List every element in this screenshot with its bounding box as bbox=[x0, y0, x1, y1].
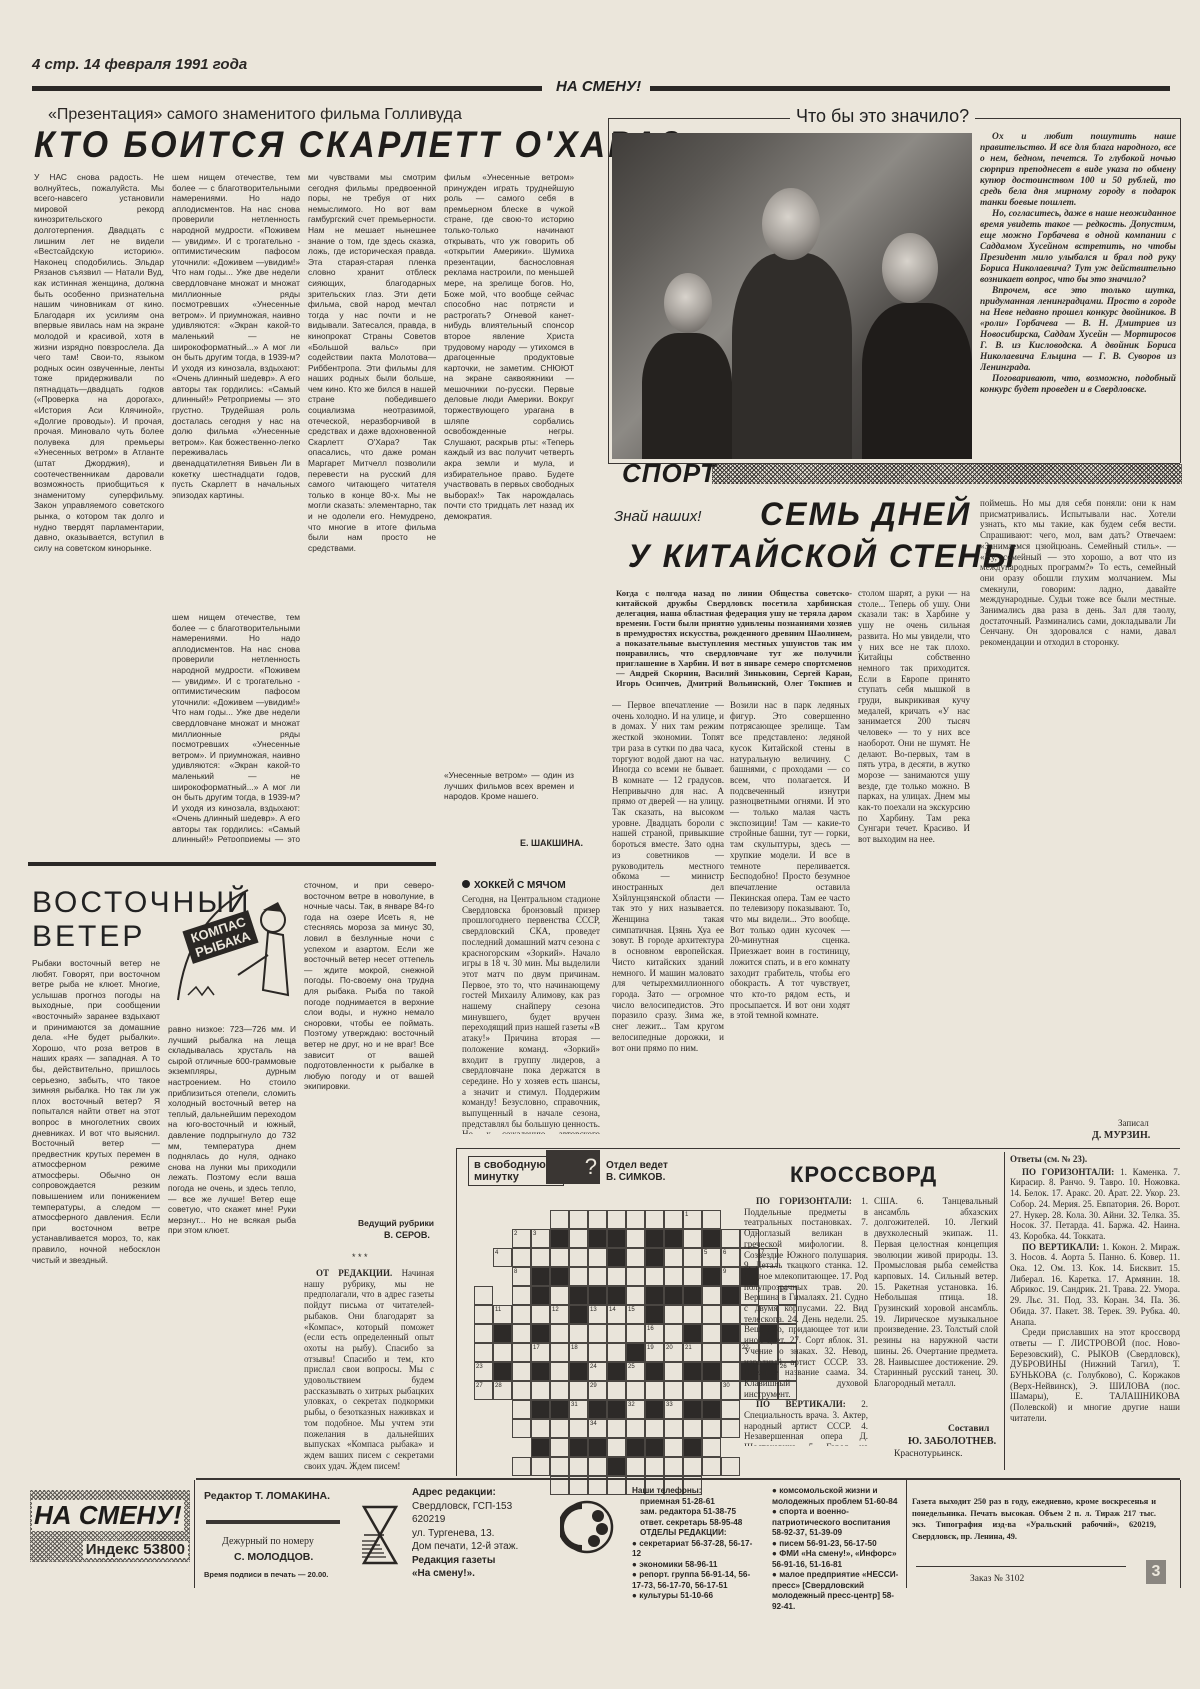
crossword-block bbox=[474, 1210, 493, 1229]
crossword-block bbox=[493, 1419, 512, 1438]
crossword-cell[interactable] bbox=[626, 1286, 645, 1305]
crossword-cell[interactable] bbox=[721, 1362, 740, 1381]
down-label: ПО ВЕРТИКАЛИ: bbox=[756, 1399, 846, 1409]
crossword-cell[interactable]: 28 bbox=[493, 1381, 512, 1400]
crossword-block bbox=[550, 1400, 569, 1419]
crossword-cell[interactable] bbox=[569, 1267, 588, 1286]
crossword-cell[interactable] bbox=[683, 1267, 702, 1286]
sport-headline-1: СЕМЬ ДНЕЙ bbox=[760, 496, 971, 533]
crossword-cell[interactable] bbox=[493, 1343, 512, 1362]
crossword-cell[interactable] bbox=[474, 1305, 493, 1324]
crossword-block bbox=[645, 1438, 664, 1457]
crossword-block bbox=[645, 1248, 664, 1267]
crossword-cell[interactable] bbox=[626, 1229, 645, 1248]
crossword-cell[interactable] bbox=[626, 1457, 645, 1476]
editor-rule bbox=[206, 1520, 340, 1524]
fishing-headline-2: ВЕТЕР bbox=[32, 920, 145, 954]
crossword-cell[interactable] bbox=[607, 1267, 626, 1286]
question-icon: ? bbox=[546, 1150, 600, 1184]
crossword-across-cont: США. 6. Танцевальный ансамбль абхазских … bbox=[874, 1196, 998, 1416]
crossword-cell[interactable] bbox=[645, 1210, 664, 1229]
crossword-block bbox=[550, 1229, 569, 1248]
crossword-cell[interactable] bbox=[550, 1438, 569, 1457]
crossword-cell[interactable]: 24 bbox=[588, 1362, 607, 1381]
crossword-cell[interactable] bbox=[512, 1362, 531, 1381]
duty-label: Дежурный по номеру bbox=[222, 1536, 314, 1547]
person-right-body bbox=[862, 303, 972, 459]
crossword-cell[interactable] bbox=[626, 1324, 645, 1343]
fishing-col-2: равно низкое: 723—726 мм. И лучший рыбал… bbox=[168, 1024, 296, 1478]
crossword-cell[interactable] bbox=[664, 1362, 683, 1381]
crossword-cell[interactable] bbox=[588, 1324, 607, 1343]
crossword-block bbox=[721, 1286, 740, 1305]
circle-logo bbox=[560, 1500, 614, 1554]
crossword-cell[interactable] bbox=[550, 1457, 569, 1476]
photo-caption-text: Ох и любит пошутить наше правительство. … bbox=[980, 132, 1176, 460]
crossword-cell[interactable] bbox=[474, 1324, 493, 1343]
crossword-cell[interactable] bbox=[664, 1438, 683, 1457]
crossword-cell[interactable] bbox=[512, 1343, 531, 1362]
crossword-cell[interactable] bbox=[607, 1324, 626, 1343]
news-photo bbox=[612, 133, 972, 459]
crossword-block bbox=[474, 1457, 493, 1476]
crossword-block bbox=[721, 1438, 740, 1457]
crossword-block bbox=[626, 1343, 645, 1362]
address-block: Адрес редакции: Свердловск, ГСП-153 6202… bbox=[412, 1486, 518, 1581]
crossword-cell[interactable] bbox=[550, 1210, 569, 1229]
sport-lead: Когда с полгода назад по линии Общества … bbox=[616, 588, 852, 688]
crossword-block bbox=[493, 1267, 512, 1286]
crossword-block bbox=[607, 1457, 626, 1476]
composer-label: Составил bbox=[948, 1424, 989, 1434]
crossword-cell[interactable]: 25 bbox=[626, 1362, 645, 1381]
crossword-cell[interactable] bbox=[474, 1343, 493, 1362]
crossword-cell[interactable] bbox=[664, 1419, 683, 1438]
sign-time: Время подписи в печать — 20.00. bbox=[204, 1570, 328, 1579]
crossword-block bbox=[531, 1286, 550, 1305]
crossword-block bbox=[512, 1438, 531, 1457]
composer-name: Ю. ЗАБОЛОТНЕВ. bbox=[908, 1436, 996, 1447]
crossword-block bbox=[531, 1400, 550, 1419]
crossword-cell[interactable] bbox=[512, 1286, 531, 1305]
crossword-block bbox=[683, 1324, 702, 1343]
crossword-block bbox=[664, 1286, 683, 1305]
footer-divider-1 bbox=[194, 1480, 195, 1588]
article-headline: КТО БОИТСЯ СКАРЛЕТТ О'ХАРА? bbox=[34, 124, 683, 167]
sport-byline: Д. МУРЗИН. bbox=[1092, 1130, 1150, 1141]
crossword-cell[interactable]: 21 bbox=[683, 1343, 702, 1362]
crossword-cell[interactable]: 2 bbox=[512, 1229, 531, 1248]
crossword-block bbox=[493, 1400, 512, 1419]
sport-headline-2: У КИТАЙСКОЙ СТЕНЫ bbox=[628, 538, 1017, 575]
crossword-cell[interactable] bbox=[645, 1267, 664, 1286]
crossword-block bbox=[474, 1267, 493, 1286]
crossword-block bbox=[588, 1286, 607, 1305]
crossword-cell[interactable] bbox=[588, 1267, 607, 1286]
crossword-cell[interactable] bbox=[512, 1324, 531, 1343]
crossword-block bbox=[702, 1229, 721, 1248]
photo-frame-left bbox=[608, 118, 609, 463]
crossword-block bbox=[569, 1362, 588, 1381]
crossword-block bbox=[474, 1438, 493, 1457]
crossword-block bbox=[531, 1438, 550, 1457]
crossword-frame-top bbox=[456, 1148, 1180, 1149]
crossword-block bbox=[683, 1362, 702, 1381]
answers-winners: Среди приславших на этот кроссворд ответ… bbox=[1010, 1327, 1180, 1423]
crossword-cell[interactable] bbox=[550, 1343, 569, 1362]
crossword-cell[interactable] bbox=[569, 1457, 588, 1476]
crossword-cell[interactable] bbox=[512, 1305, 531, 1324]
crossword-block bbox=[512, 1210, 531, 1229]
crossword-cell[interactable] bbox=[550, 1286, 569, 1305]
crossword-cell[interactable] bbox=[702, 1343, 721, 1362]
crossword-cell[interactable] bbox=[626, 1267, 645, 1286]
crossword-cell[interactable] bbox=[626, 1419, 645, 1438]
subscription-index: Индекс 53800 bbox=[83, 1541, 188, 1558]
crossword-cell[interactable]: 34 bbox=[588, 1419, 607, 1438]
sport-col-3: столом шарят, а руки — на столе... Тепер… bbox=[858, 588, 970, 1108]
crossword-block bbox=[493, 1286, 512, 1305]
crossword-block bbox=[645, 1400, 664, 1419]
crossword-cell[interactable] bbox=[683, 1229, 702, 1248]
crossword-title: КРОССВОРД bbox=[790, 1162, 937, 1188]
crossword-cell[interactable]: 13 bbox=[588, 1305, 607, 1324]
crossword-block bbox=[588, 1438, 607, 1457]
fishing-byline: В. СЕРОВ. bbox=[384, 1230, 430, 1240]
crossword-cell[interactable] bbox=[664, 1381, 683, 1400]
crossword-cell[interactable] bbox=[683, 1457, 702, 1476]
departments-block: ● комсомольской жизни и молодежных пробл… bbox=[772, 1486, 902, 1612]
crossword-cell[interactable] bbox=[588, 1343, 607, 1362]
article-kicker: «Презентация» самого знаменитого фильма … bbox=[48, 106, 462, 124]
person-left-face bbox=[664, 273, 712, 333]
crossword-cell[interactable]: 4 bbox=[493, 1248, 512, 1267]
person-center-face bbox=[762, 188, 820, 260]
crossword-cell[interactable] bbox=[702, 1210, 721, 1229]
crossword-block bbox=[607, 1248, 626, 1267]
sport-col-1: — Первое впечатление — очень холодно. И … bbox=[612, 700, 724, 1110]
crossword-cell[interactable]: 1 bbox=[683, 1210, 702, 1229]
crossword-block bbox=[683, 1400, 702, 1419]
masthead-rule-right bbox=[650, 86, 1170, 91]
phones-block: Наши телефоны: приемная 51-28-61 зам. ре… bbox=[632, 1486, 758, 1602]
crossword-cell[interactable]: 15 bbox=[626, 1305, 645, 1324]
masthead-rule-left bbox=[32, 86, 542, 91]
sport-col-4: поймешь. Но мы для себя поняли: они к на… bbox=[980, 498, 1176, 1088]
scarlett-col-1: У НАС снова радость. Не волнуйтесь, пожа… bbox=[34, 172, 164, 852]
crossword-block bbox=[588, 1400, 607, 1419]
crossword-cell[interactable] bbox=[626, 1381, 645, 1400]
scarlett-byline: Е. ШАКШИНА. bbox=[520, 838, 583, 848]
crossword-cell[interactable]: 16 bbox=[645, 1324, 664, 1343]
footer-logo: НА СМЕНУ! bbox=[32, 1500, 184, 1531]
sport-section-label: СПОРТ bbox=[622, 458, 717, 489]
separator-stars: * * * bbox=[352, 1252, 368, 1262]
crossword-cell[interactable] bbox=[645, 1457, 664, 1476]
ball-icon bbox=[462, 880, 470, 888]
crossword-cell[interactable]: 17 bbox=[531, 1343, 550, 1362]
crossword-cell[interactable] bbox=[702, 1324, 721, 1343]
crossword-block bbox=[778, 1457, 797, 1476]
crossword-block bbox=[607, 1286, 626, 1305]
crossword-cell[interactable] bbox=[664, 1305, 683, 1324]
footer-logo-block: НА СМЕНУ! Индекс 53800 bbox=[30, 1490, 190, 1562]
crossword-cell[interactable] bbox=[645, 1381, 664, 1400]
editorial-label: ОТ РЕДАКЦИИ. bbox=[316, 1268, 392, 1278]
person-right-face bbox=[882, 233, 938, 303]
crossword-block bbox=[474, 1248, 493, 1267]
fishing-top-rule bbox=[28, 862, 436, 866]
crossword-block bbox=[569, 1438, 588, 1457]
person-center-body bbox=[732, 253, 852, 459]
crossword-block bbox=[493, 1229, 512, 1248]
crossword-frame-left bbox=[456, 1148, 457, 1476]
crossword-cell[interactable] bbox=[702, 1419, 721, 1438]
hockey-section-label: ХОККЕЙ С МЯЧОМ bbox=[462, 880, 566, 891]
crossword-cell[interactable] bbox=[512, 1248, 531, 1267]
crossword-cell[interactable] bbox=[550, 1419, 569, 1438]
across-label: ПО ГОРИЗОНТАЛИ: bbox=[756, 1196, 852, 1206]
crossword-block bbox=[721, 1324, 740, 1343]
hockey-text: Сегодня, на Центральном стадионе Свердло… bbox=[462, 894, 600, 1134]
crossword-cell[interactable]: 30 bbox=[721, 1381, 740, 1400]
crossword-block bbox=[607, 1362, 626, 1381]
crossword-block bbox=[569, 1286, 588, 1305]
crossword-cell[interactable] bbox=[607, 1343, 626, 1362]
crossword-cell[interactable] bbox=[721, 1400, 740, 1419]
fishing-col-3: сточном, и при северо-восточном ветре в … bbox=[304, 880, 434, 1210]
crossword-cell[interactable] bbox=[569, 1381, 588, 1400]
crossword-cell[interactable] bbox=[626, 1248, 645, 1267]
crossword-cell[interactable] bbox=[645, 1419, 664, 1438]
photo-section-title: Что бы это значило? bbox=[790, 106, 975, 127]
crossword-block bbox=[702, 1400, 721, 1419]
crossword-cell[interactable] bbox=[531, 1419, 550, 1438]
scarlett-col-2: шем нищем отечестве, тем более — с благо… bbox=[172, 172, 300, 602]
crossword-block bbox=[531, 1267, 550, 1286]
crossword-block bbox=[493, 1438, 512, 1457]
crossword-block bbox=[683, 1286, 702, 1305]
crossword-block bbox=[474, 1400, 493, 1419]
crossword-cell[interactable]: 33 bbox=[664, 1400, 683, 1419]
crossword-cell[interactable] bbox=[721, 1457, 740, 1476]
answers-block: Ответы (см. № 23). ПО ГОРИЗОНТАЛИ: 1. Ка… bbox=[1010, 1154, 1180, 1472]
crossword-cell[interactable] bbox=[683, 1305, 702, 1324]
footer-divider-2 bbox=[906, 1480, 907, 1588]
crossword-cell[interactable] bbox=[664, 1457, 683, 1476]
composer-city: Краснотурьинск. bbox=[894, 1449, 962, 1459]
editor-label: Отдел ведет bbox=[606, 1160, 668, 1172]
crossword-cell[interactable]: 31 bbox=[569, 1400, 588, 1419]
crossword-cell[interactable] bbox=[569, 1324, 588, 1343]
page-badge: 3 bbox=[1146, 1560, 1166, 1584]
crossword-cell[interactable]: 19 bbox=[645, 1343, 664, 1362]
crossword-cell[interactable]: 32 bbox=[626, 1400, 645, 1419]
crossword-block bbox=[721, 1210, 740, 1229]
crossword-block bbox=[474, 1229, 493, 1248]
crossword-cell[interactable] bbox=[664, 1248, 683, 1267]
order-rule bbox=[916, 1566, 1126, 1567]
sport-col-2: Возили нас в парк ледяных фигур. Это сов… bbox=[730, 700, 850, 1110]
crossword-cell[interactable]: 12 bbox=[550, 1305, 569, 1324]
crossword-block bbox=[493, 1362, 512, 1381]
crossword-cell[interactable] bbox=[607, 1419, 626, 1438]
crossword-block bbox=[493, 1324, 512, 1343]
crossword-cell[interactable] bbox=[702, 1457, 721, 1476]
crossword-cell[interactable]: 6 bbox=[721, 1248, 740, 1267]
crossword-block bbox=[626, 1438, 645, 1457]
crossword-cell[interactable]: 3 bbox=[531, 1229, 550, 1248]
address-label: Адрес редакции: bbox=[412, 1486, 518, 1500]
answers-divider bbox=[1004, 1152, 1005, 1470]
crossword-cell[interactable] bbox=[550, 1362, 569, 1381]
crossword-cell[interactable] bbox=[588, 1210, 607, 1229]
crossword-block bbox=[531, 1362, 550, 1381]
answers-title: Ответы (см. № 23). bbox=[1010, 1154, 1180, 1165]
crossword-cell[interactable]: 5 bbox=[702, 1248, 721, 1267]
crossword-cell[interactable] bbox=[531, 1248, 550, 1267]
crossword-cell[interactable] bbox=[607, 1438, 626, 1457]
crossword-across-clues: ПО ГОРИЗОНТАЛИ: 1. Поддельные предметы в… bbox=[744, 1196, 868, 1446]
crossword-cell[interactable] bbox=[702, 1305, 721, 1324]
crossword-block bbox=[664, 1229, 683, 1248]
crossword-cell[interactable] bbox=[664, 1324, 683, 1343]
crossword-cell[interactable]: 27 bbox=[474, 1381, 493, 1400]
crossword-block bbox=[550, 1267, 569, 1286]
footer-rule bbox=[196, 1478, 1180, 1480]
crossword-block bbox=[759, 1457, 778, 1476]
crossword-cell[interactable] bbox=[588, 1457, 607, 1476]
crossword-cell[interactable] bbox=[512, 1400, 531, 1419]
crossword-block bbox=[702, 1267, 721, 1286]
editor-name: В. СИМКОВ. bbox=[606, 1172, 668, 1184]
crossword-cell[interactable] bbox=[512, 1457, 531, 1476]
crossword-cell[interactable] bbox=[683, 1248, 702, 1267]
crossword-block bbox=[493, 1210, 512, 1229]
crossword-block bbox=[645, 1362, 664, 1381]
crossword-cell[interactable] bbox=[607, 1210, 626, 1229]
crossword-cell[interactable] bbox=[683, 1419, 702, 1438]
crossword-cell[interactable]: 20 bbox=[664, 1343, 683, 1362]
crossword-cell[interactable] bbox=[550, 1248, 569, 1267]
scarlett-col-4: фильм «Унесенные ветром» принужден играт… bbox=[444, 172, 574, 762]
crossword-block bbox=[683, 1438, 702, 1457]
crossword-cell[interactable] bbox=[550, 1324, 569, 1343]
crossword-block bbox=[531, 1210, 550, 1229]
crossword-cell[interactable] bbox=[664, 1267, 683, 1286]
crossword-block bbox=[740, 1457, 759, 1476]
crossword-cell[interactable] bbox=[531, 1381, 550, 1400]
paper-name: НА СМЕНУ! bbox=[556, 78, 641, 95]
crossword-cell[interactable]: 23 bbox=[474, 1362, 493, 1381]
crossword-block bbox=[645, 1229, 664, 1248]
order-number: Заказ № 3102 bbox=[970, 1574, 1024, 1584]
crossword-cell[interactable] bbox=[702, 1381, 721, 1400]
crossword-block bbox=[531, 1324, 550, 1343]
crossword-cell[interactable] bbox=[569, 1229, 588, 1248]
crossword-block bbox=[645, 1305, 664, 1324]
crossword-cell[interactable]: 9 bbox=[721, 1267, 740, 1286]
crossword-cell[interactable] bbox=[531, 1305, 550, 1324]
crossword-editor: Отдел ведет В. СИМКОВ. bbox=[606, 1160, 668, 1184]
footer-right-edge bbox=[1180, 1480, 1181, 1588]
crossword-cell[interactable]: 18 bbox=[569, 1343, 588, 1362]
scarlett-closing: «Унесенные ветром» — один из лучших филь… bbox=[444, 770, 574, 830]
editorial-note: ОТ РЕДАКЦИИ. Начиная нашу рубрику, мы не… bbox=[304, 1268, 434, 1478]
sport-kicker: Знай наших! bbox=[614, 508, 701, 525]
person-left-body bbox=[642, 333, 732, 459]
crossword-cell[interactable] bbox=[626, 1210, 645, 1229]
crossword-block bbox=[569, 1305, 588, 1324]
departments-label: ОТДЕЛЫ РЕДАКЦИИ: bbox=[632, 1528, 758, 1539]
crossword-block bbox=[493, 1457, 512, 1476]
crossword-block bbox=[607, 1400, 626, 1419]
editorial-text: Начиная нашу рубрику, мы не предполагали… bbox=[304, 1268, 434, 1471]
crossword-cell[interactable] bbox=[702, 1438, 721, 1457]
rubric-lead-label: Ведущий рубрики bbox=[358, 1218, 434, 1228]
crossword-cell[interactable]: 29 bbox=[588, 1381, 607, 1400]
crossword-cell[interactable] bbox=[721, 1343, 740, 1362]
crossword-cell[interactable] bbox=[474, 1286, 493, 1305]
crossword-cell[interactable] bbox=[531, 1457, 550, 1476]
hourglass-logo bbox=[360, 1505, 400, 1565]
crossword-block bbox=[645, 1286, 664, 1305]
crossword-block bbox=[588, 1229, 607, 1248]
crossword-cell[interactable] bbox=[721, 1305, 740, 1324]
crossword-cell[interactable] bbox=[721, 1229, 740, 1248]
crossword-cell[interactable] bbox=[607, 1381, 626, 1400]
sport-banner-pattern bbox=[712, 464, 1182, 484]
crossword-cell[interactable] bbox=[569, 1419, 588, 1438]
scarlett-col-2b: шем нищем отечестве, тем более — с благо… bbox=[172, 612, 300, 842]
crossword-cell[interactable] bbox=[512, 1419, 531, 1438]
phones-label: Наши телефоны: bbox=[632, 1486, 758, 1497]
crossword-cell[interactable]: 14 bbox=[607, 1305, 626, 1324]
scarlett-col-3: ми чувствами мы смотрим сегодня фильмы п… bbox=[308, 172, 436, 762]
sport-signoff-label: Записал bbox=[1118, 1118, 1149, 1128]
crossword-cell[interactable] bbox=[683, 1381, 702, 1400]
footer-editor: Редактор Т. ЛОМАКИНА. bbox=[204, 1490, 330, 1502]
fishing-col-1: Рыбаки восточный ветер не любят. Говорят… bbox=[32, 958, 160, 1478]
photo-frame-right bbox=[1180, 118, 1181, 463]
crossword-cell[interactable] bbox=[569, 1210, 588, 1229]
crossword-cell[interactable] bbox=[569, 1248, 588, 1267]
crossword-block bbox=[607, 1229, 626, 1248]
crossword-cell[interactable] bbox=[702, 1286, 721, 1305]
publication-info: Газета выходит 250 раз в году, ежедневно… bbox=[912, 1496, 1156, 1542]
crossword-block bbox=[702, 1362, 721, 1381]
crossword-cell[interactable] bbox=[664, 1210, 683, 1229]
crossword-cell[interactable]: 8 bbox=[512, 1267, 531, 1286]
duty-name: С. МОЛОДЦОВ. bbox=[234, 1551, 313, 1563]
crossword-cell[interactable] bbox=[721, 1419, 740, 1438]
crossword-cell[interactable] bbox=[512, 1381, 531, 1400]
page-info: 4 стр. 14 февраля 1991 года bbox=[32, 56, 247, 73]
crossword-cell[interactable] bbox=[550, 1381, 569, 1400]
crossword-cell[interactable] bbox=[588, 1248, 607, 1267]
crossword-block bbox=[474, 1419, 493, 1438]
crossword-cell[interactable]: 11 bbox=[493, 1305, 512, 1324]
